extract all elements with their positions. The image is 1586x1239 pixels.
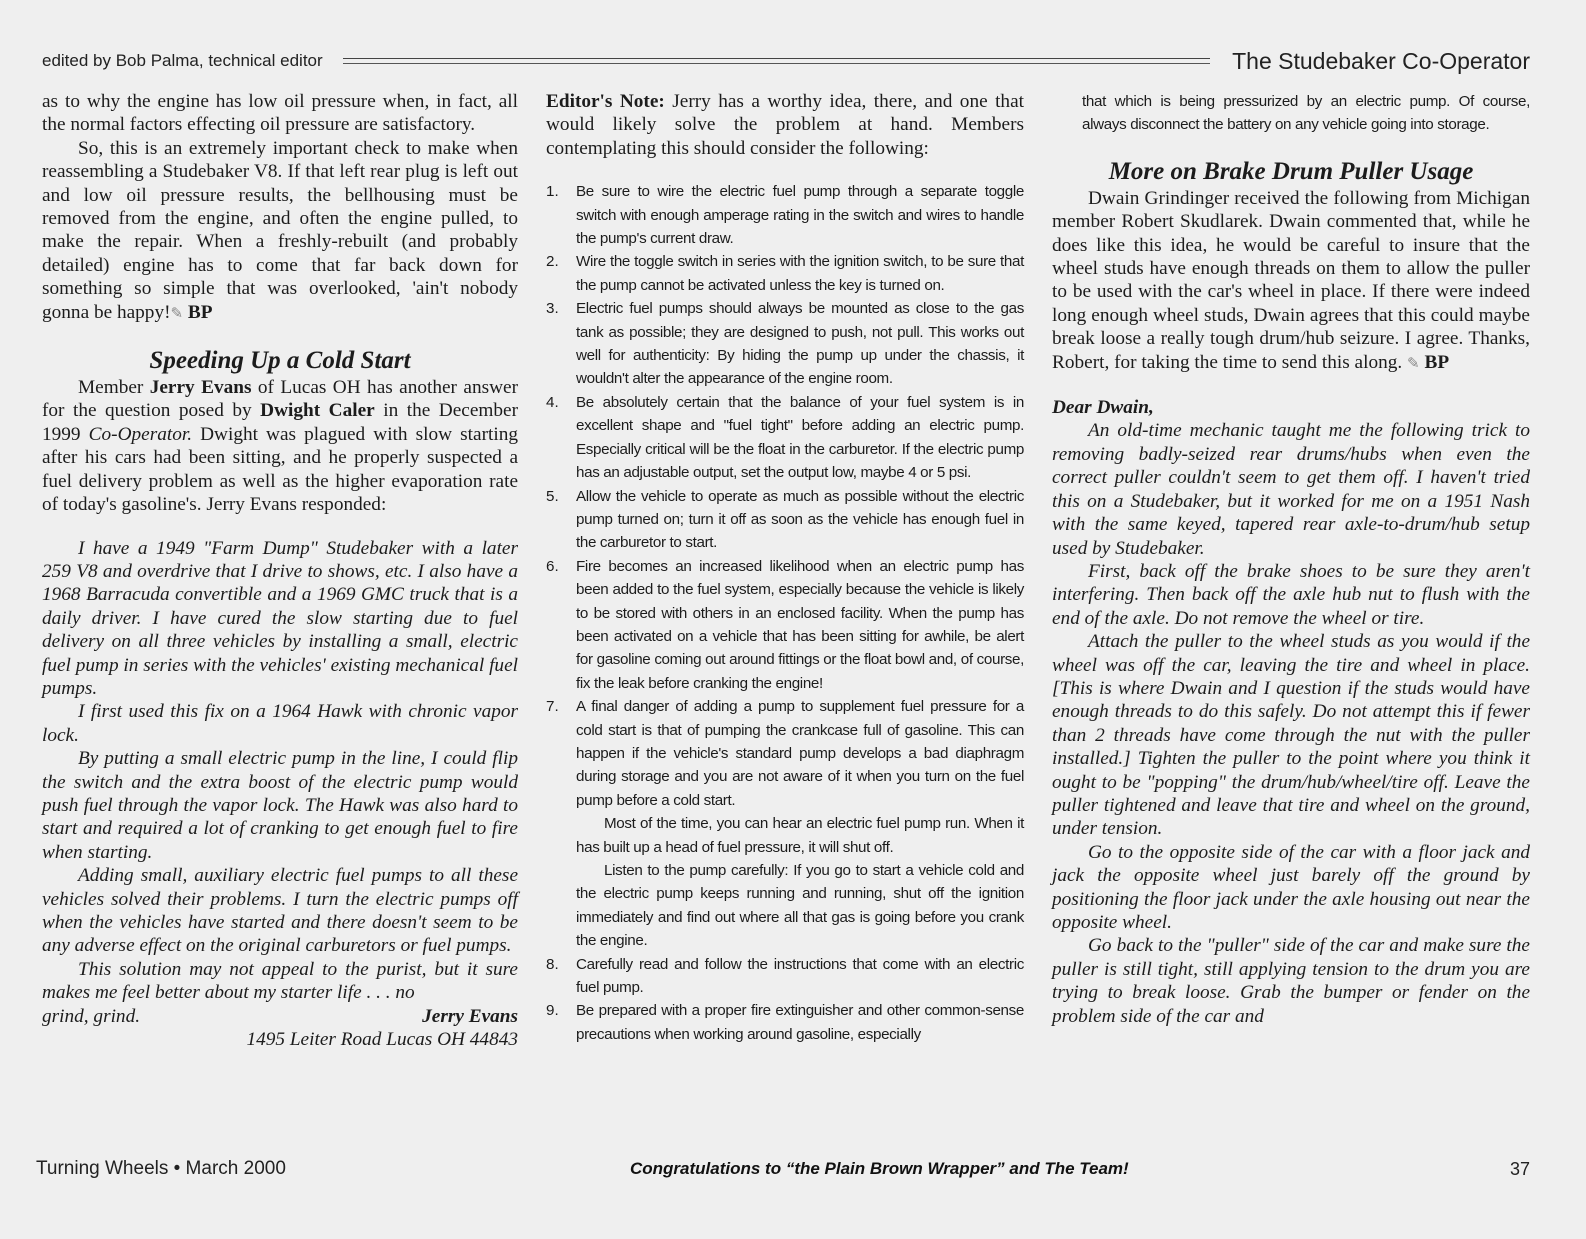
header-column-title: The Studebaker Co-Operator <box>1232 48 1530 75</box>
letter-paragraph: This solution may not appeal to the puri… <box>42 958 518 1005</box>
column-3: that which is being pressurized by an el… <box>1052 90 1530 1028</box>
signature-name: Jerry Evans <box>422 1005 518 1028</box>
letter-paragraph: Go back to the "puller" side of the car … <box>1052 934 1530 1028</box>
list-item: 1.Be sure to wire the electric fuel pump… <box>546 180 1024 250</box>
letter-paragraph: First, back off the brake shoes to be su… <box>1052 560 1530 630</box>
list-item: 8.Carefully read and follow the instruct… <box>546 953 1024 1000</box>
member-name: Jerry Evans <box>150 377 252 398</box>
list-item: 3.Electric fuel pumps should always be m… <box>546 297 1024 391</box>
list-item: 2.Wire the toggle switch in series with … <box>546 250 1024 297</box>
list-item: 5.Allow the vehicle to operate as much a… <box>546 485 1024 555</box>
article-title-cold-start: Speeding Up a Cold Start <box>42 346 518 376</box>
editors-note: Editor's Note: Jerry has a worthy idea, … <box>546 90 1024 160</box>
brake-drum-intro: Dwain Grindinger received the following … <box>1052 187 1530 376</box>
article-title-brake-drum: More on Brake Drum Puller Usage <box>1052 157 1530 187</box>
pencil-icon: ✎ <box>171 306 184 322</box>
editors-note-label: Editor's Note: <box>546 91 665 112</box>
footer-publication: Turning Wheels • March 2000 <box>36 1158 286 1180</box>
list-item: 6.Fire becomes an increased likelihood w… <box>546 555 1024 695</box>
signature-line: grind, grind. Jerry Evans <box>42 1005 518 1028</box>
letter-paragraph: Adding small, auxiliary electric fuel pu… <box>42 864 518 958</box>
list-item: 4.Be absolutely certain that the balance… <box>546 391 1024 485</box>
running-header: edited by Bob Palma, technical editor Th… <box>42 46 1530 76</box>
header-editor-credit: edited by Bob Palma, technical editor <box>42 51 323 71</box>
column-2: Editor's Note: Jerry has a worthy idea, … <box>546 90 1024 1046</box>
questioner-name: Dwight Caler <box>260 400 375 421</box>
list-item: 9.Be prepared with a proper fire extingu… <box>546 999 1024 1046</box>
tips-list: 1.Be sure to wire the electric fuel pump… <box>546 180 1024 1046</box>
publication-name: Co-Operator. <box>89 424 192 445</box>
letter-paragraph: Go to the opposite side of the car with … <box>1052 841 1530 935</box>
signoff-initials: BP <box>188 302 213 323</box>
tip-9-continuation: that which is being pressurized by an el… <box>1052 90 1530 137</box>
page-footer: Turning Wheels • March 2000 Congratulati… <box>36 1154 1530 1184</box>
list-item: 7. A final danger of adding a pump to su… <box>546 695 1024 952</box>
salutation: Dear Dwain, <box>1052 396 1530 419</box>
letter-paragraph: I have a 1949 "Farm Dump" Studebaker wit… <box>42 537 518 701</box>
letter-paragraph: By putting a small electric pump in the … <box>42 747 518 864</box>
letter-paragraph: Attach the puller to the wheel studs as … <box>1052 630 1530 841</box>
signature-address: 1495 Leiter Road Lucas OH 44843 <box>42 1028 518 1051</box>
letter-paragraph: I first used this fix on a 1964 Hawk wit… <box>42 700 518 747</box>
header-rule <box>343 58 1210 64</box>
continued-paragraph: as to why the engine has low oil pressur… <box>42 90 518 137</box>
footer-congratulations: Congratulations to “the Plain Brown Wrap… <box>630 1159 1129 1179</box>
cold-start-intro: Member Jerry Evans of Lucas OH has anoth… <box>42 376 518 516</box>
pencil-icon: ✎ <box>1407 356 1420 372</box>
column-1: as to why the engine has low oil pressur… <box>42 90 518 1051</box>
signoff-initials: BP <box>1424 352 1449 373</box>
letter-paragraph: An old-time mechanic taught me the follo… <box>1052 419 1530 559</box>
oil-pressure-paragraph: So, this is an extremely important check… <box>42 137 518 326</box>
page-number: 37 <box>1510 1159 1530 1180</box>
